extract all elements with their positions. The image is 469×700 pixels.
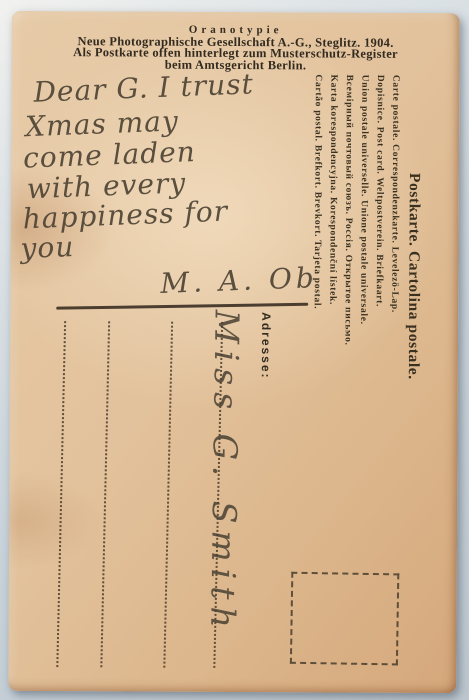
address-dotted-line bbox=[56, 321, 66, 667]
address-name-handwritten: Miss G. Smith bbox=[203, 310, 247, 635]
postcard-back: Oranotypie Neue Photographische Gesellsc… bbox=[8, 11, 460, 693]
address-dotted-line bbox=[163, 322, 173, 668]
address-dotted-line bbox=[100, 321, 110, 667]
divider-line: Union postale universelle. Unione postal… bbox=[354, 75, 371, 399]
publisher-imprint: Oranotypie Neue Photographische Gesellsc… bbox=[11, 24, 459, 72]
divider-line: Dopisnice. Post card. Weltpostverein. Br… bbox=[370, 75, 387, 399]
stamp-box bbox=[290, 572, 399, 666]
divider-rule bbox=[56, 303, 308, 310]
divider-line: Cartão postal. Brefkort. Brevkort. Tarje… bbox=[308, 74, 325, 398]
photo-background: Oranotypie Neue Photographische Gesellsc… bbox=[0, 0, 469, 700]
divider-line: Postkarte. Cartolina postale. bbox=[401, 75, 428, 399]
address-label: Adresse: bbox=[259, 312, 273, 379]
divider-line: Всемірный почтовый союзъ. Россія. Открыт… bbox=[339, 75, 356, 399]
message-line: you bbox=[20, 230, 75, 265]
divider-line: Carte postale. Correspondenzkarte. Level… bbox=[385, 75, 402, 399]
divider-line: Karta korespondencyjna. Korespondenční l… bbox=[323, 74, 340, 398]
message-line: Dear G. I trust bbox=[33, 67, 255, 108]
multilingual-postcard-titles: Postkarte. Cartolina postale. Carte post… bbox=[285, 74, 428, 399]
message-line: happiness for bbox=[22, 194, 229, 235]
